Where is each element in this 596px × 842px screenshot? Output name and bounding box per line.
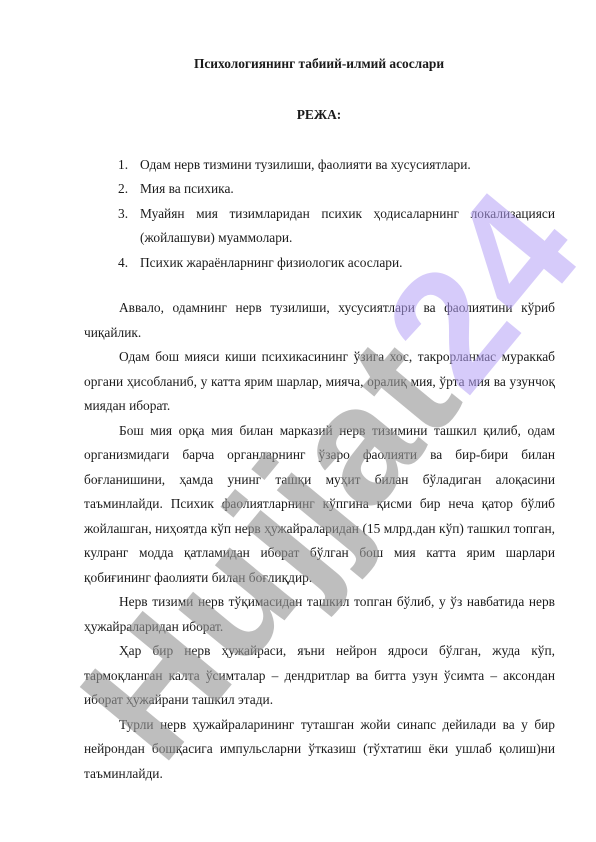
paragraph: Бош мия орқа мия билан марказий нерв тиз… (84, 419, 555, 591)
plan-item-number: 2. (118, 177, 128, 201)
plan-item-number: 3. (118, 202, 128, 226)
paragraph: Ҳар бир нерв ҳужайраси, яъни нейрон ядро… (84, 639, 555, 713)
plan-item-text: Психик жараёнларнинг физиологик асослари… (140, 255, 403, 270)
plan-item: 3. Муайян мия тизимларидан психик ҳодиса… (118, 202, 555, 251)
paragraph: Аввало, одамнинг нерв тузилиши, хусусият… (84, 296, 555, 345)
plan-item-text: Мия ва психика. (140, 181, 234, 196)
document-body: Аввало, одамнинг нерв тузилиши, хусусият… (84, 296, 555, 786)
paragraph: Одам бош мияси киши психикасининг ўзига … (84, 345, 555, 419)
plan-item-number: 1. (118, 153, 128, 177)
plan-item: 4. Психик жараёнларнинг физиологик асосл… (118, 251, 555, 275)
document-title: Психологиянинг табиий-илмий асослари (0, 56, 596, 72)
plan-item-text: Одам нерв тизмини тузилиши, фаолияти ва … (140, 157, 471, 172)
plan-item: 1. Одам нерв тизмини тузилиши, фаолияти … (118, 153, 555, 177)
plan-item-text: Муайян мия тизимларидан психик ҳодисалар… (140, 206, 555, 245)
document-page: Психологиянинг табиий-илмий асослари РЕЖ… (0, 0, 596, 842)
paragraph: Нерв тизими нерв тўқимасидан ташкил топг… (84, 590, 555, 639)
plan-item-number: 4. (118, 251, 128, 275)
paragraph: Турли нерв ҳужайраларининг туташган жойи… (84, 713, 555, 787)
plan-list: 1. Одам нерв тизмини тузилиши, фаолияти … (118, 153, 555, 275)
plan-item: 2. Мия ва психика. (118, 177, 555, 201)
plan-heading: РЕЖА: (0, 107, 596, 123)
